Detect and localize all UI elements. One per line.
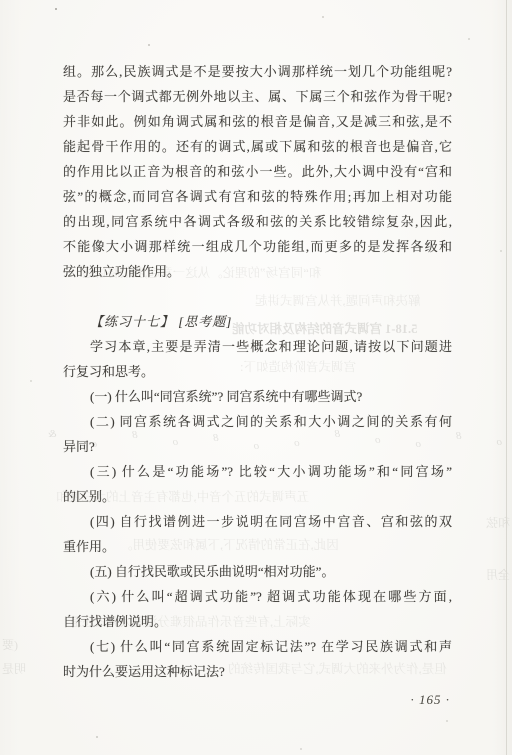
book-page: 组。那么,民族调式是不是要按大小调那样统一划几个功能组呢?是否每一个调式都无例外… [0,0,512,755]
text-line: (一) 什么叫“同宫系统”? 同宫系统中有哪些调式? [63,384,452,409]
blank-line [63,284,452,309]
text-line: 并非如此。例如角调式属和弦的根音是偏音,又是减三和弦,是不 [63,109,452,134]
bleedthrough-note-icon: & [48,428,57,440]
text-line: 时为什么要运用这种标记法? [63,659,452,684]
text-block: 组。那么,民族调式是不是要按大小调那样统一划几个功能组呢?是否每一个调式都无例外… [63,59,452,684]
text-line: 不能像大小调那样统一组成几个功能组,而更多的是发挥各级和 [63,234,452,259]
bleedthrough-note-icon: o [497,436,503,448]
text-line: 异同? [63,434,452,459]
text-line: (三) 什么是“功能场”? 比较“大小调功能场”和“同宫场” [63,459,452,484]
text-line: 组。那么,民族调式是不是要按大小调那样统一划几个功能组呢? [63,59,452,84]
scan-edge-line [506,0,507,755]
scan-specks [0,0,2,2]
text-line: 重作用。 [63,534,452,559]
text-line: 弦的独立功能作用。 [63,259,452,284]
text-line: 行复习和思考。 [63,359,452,384]
text-line: 的作用比以正音为根音的和弦小一些。此外,大小调中没有“宫和 [63,159,452,184]
text-line: 学习本章,主要是弄清一些概念和理论问题,请按以下问题进 [63,334,452,359]
bleedthrough-note-icon: 8 [456,430,462,442]
text-line: (四) 自行找谱例进一步说明在同宫场中宫音、宫和弦的双 [63,509,452,534]
text-line: (六) 什么叫“超调式功能”? 超调式功能体现在哪些方面, [63,584,452,609]
text-line: 弦”的概念,而同宫各调式有宫和弦的特殊作用;再加上相对功能 [63,184,452,209]
text-line: 自行找谱例说明。 [63,609,452,634]
bleedthrough-text: (要 [2,636,18,653]
text-line: 【练习十七】 [思考题] [63,309,452,334]
text-line: 的出现,同宫系统中各调式各级和弦的关系比较错综复杂,因此, [63,209,452,234]
text-line: (七) 什么叫“同宫系统固定标记法”? 在学习民族调式和声 [63,634,452,659]
text-line: (五) 自行找民歌或民乐曲说明“相对功能”。 [63,559,452,584]
text-line: (二) 同宫系统各调式之间的关系和大小调之间的关系有何 [63,409,452,434]
text-line: 能起骨干作用的。还有的调式,属或下属和弦的根音也是偏音,它 [63,134,452,159]
text-line: 的区别。 [63,484,452,509]
page-number: · 165 · [411,692,451,708]
bleedthrough-text: 明是 [2,660,26,677]
text-line: 是否每一个调式都无例外地以主、属、下属三个和弦作为骨干呢? [63,84,452,109]
